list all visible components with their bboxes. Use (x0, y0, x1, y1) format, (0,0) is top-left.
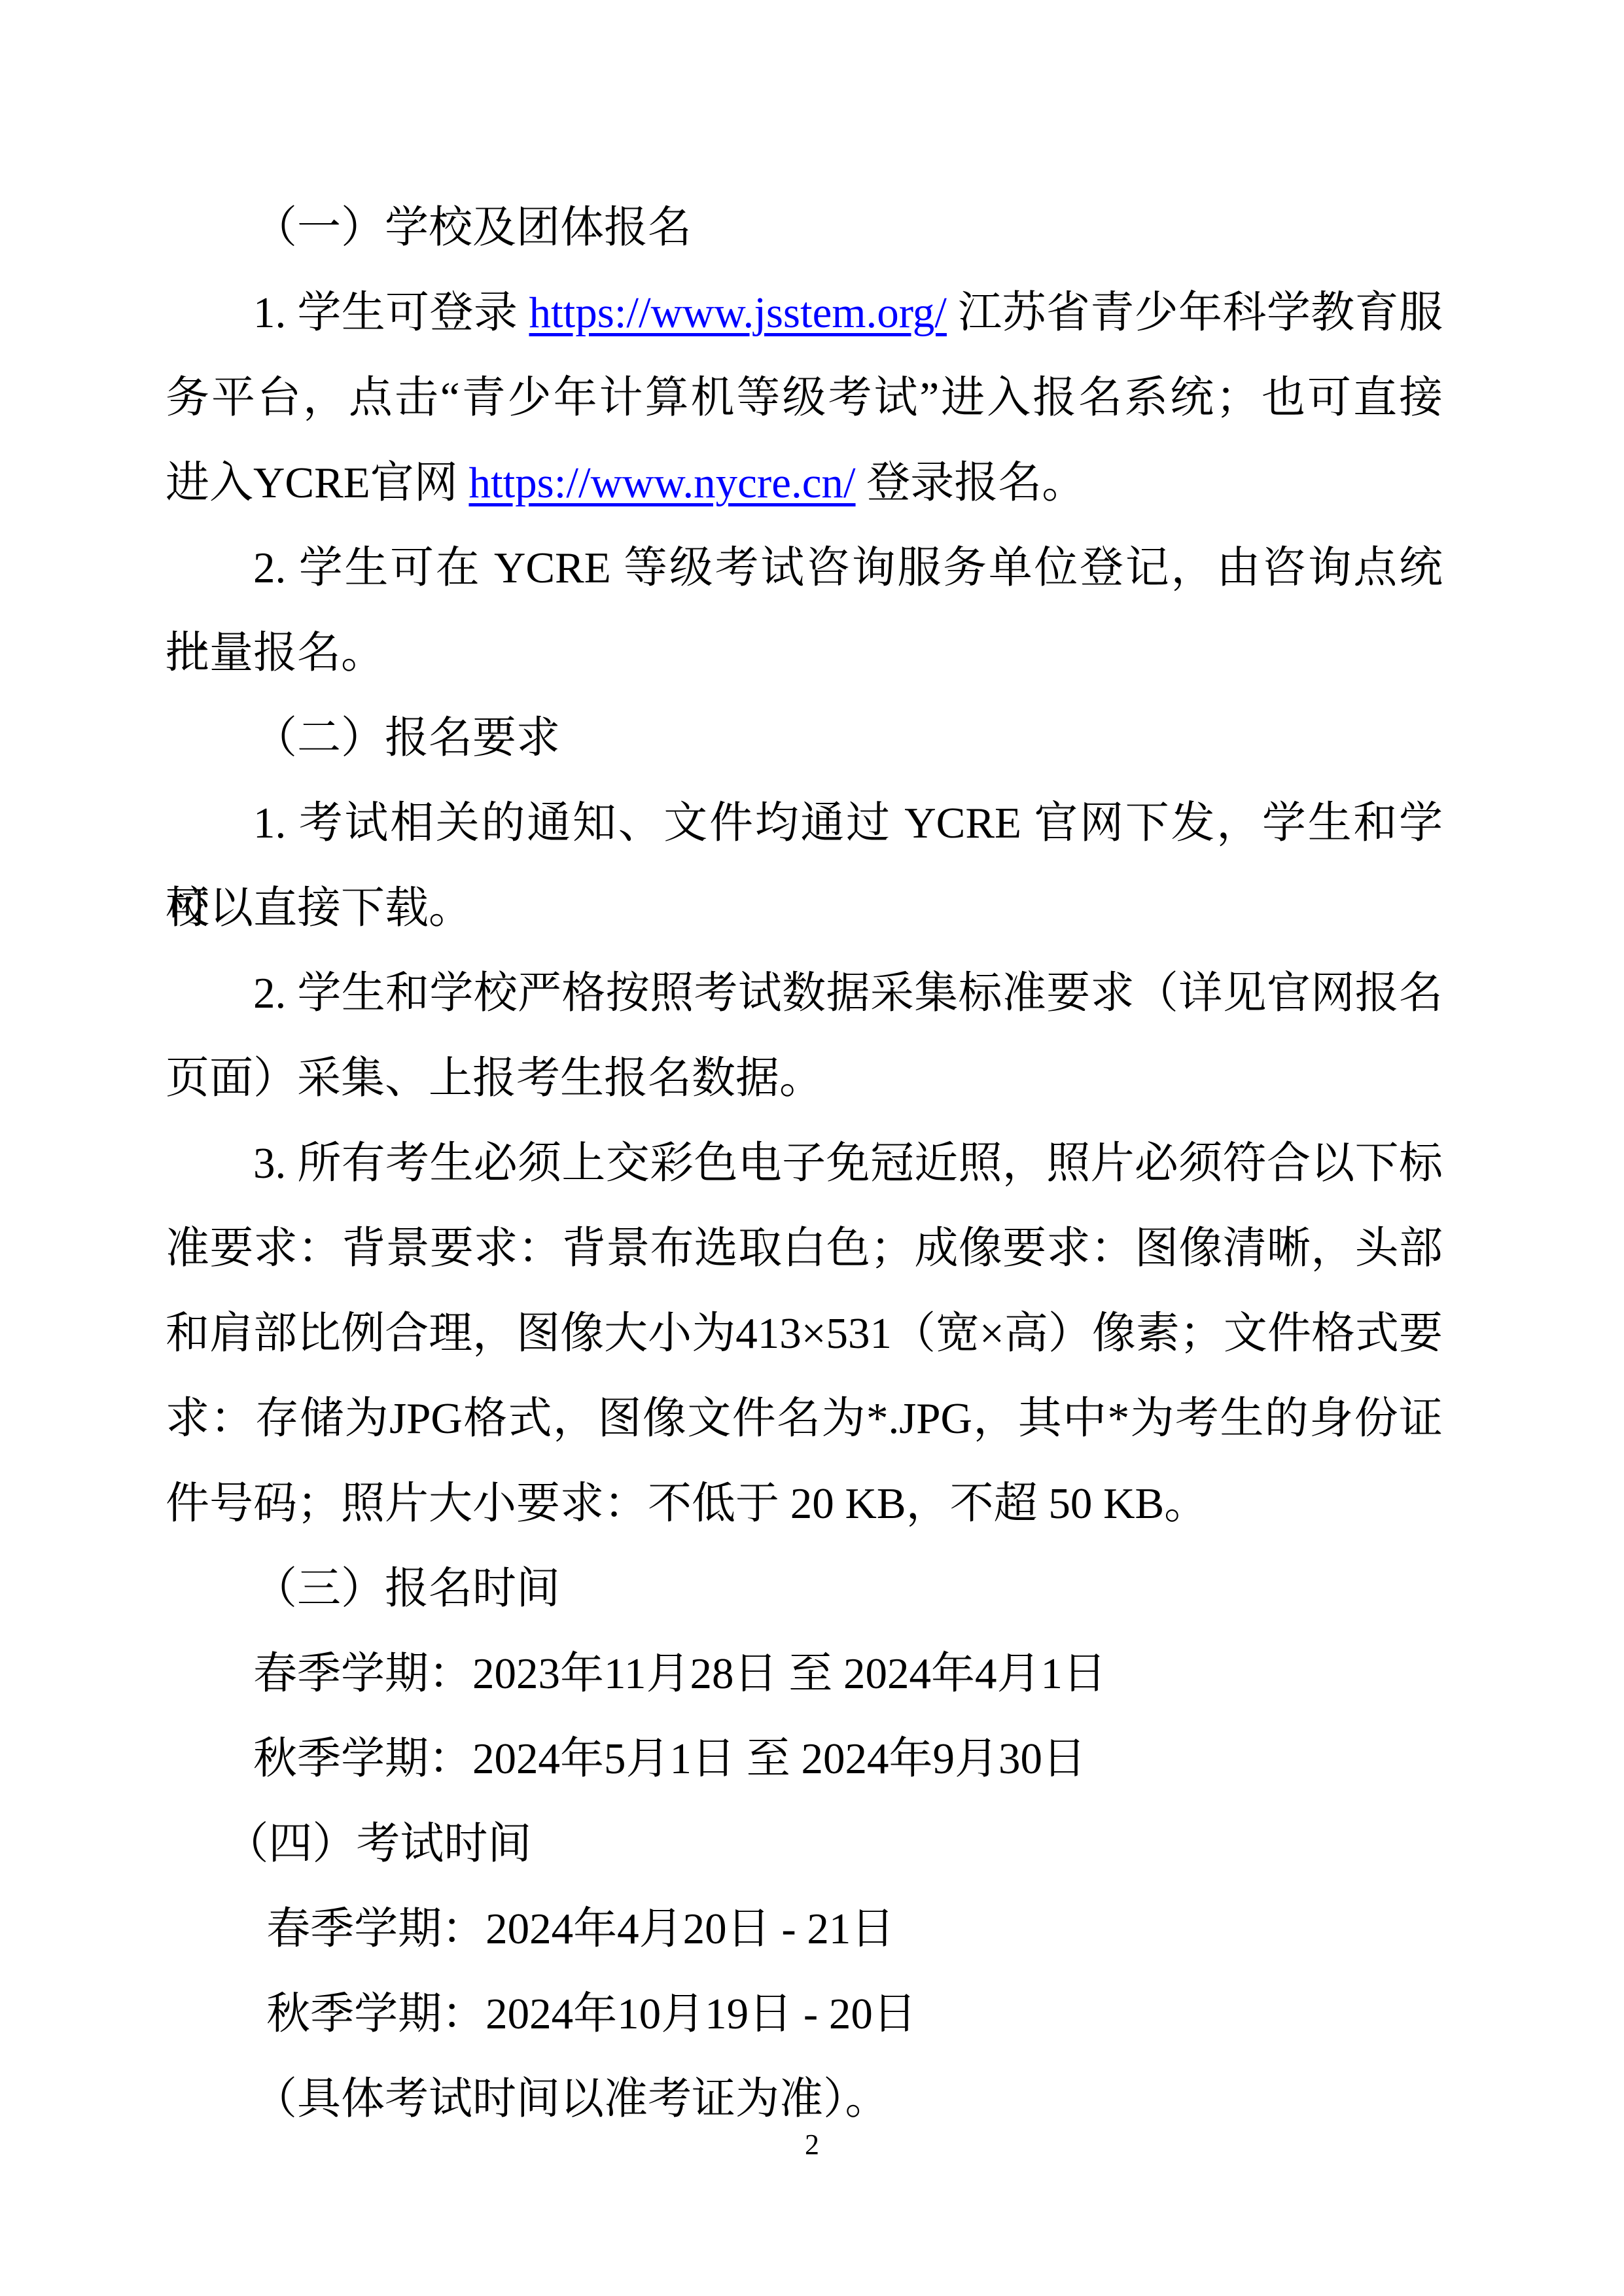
text-line: 件号码；照片大小要求：不低于 20 KB，不超 50 KB。 (166, 1461, 1443, 1546)
text-line: 春季学期：2023年11月28日 至 2024年4月1日 (166, 1631, 1443, 1716)
document-body: （一）学校及团体报名1. 学生可登录 https://www.jsstem.or… (166, 185, 1443, 2142)
text-run: 可以直接下载。 (166, 884, 472, 932)
text-run: （一）学校及团体报名 (253, 203, 692, 252)
text-line: 求：存储为JPG格式，图像文件名为*.JPG，其中*为考生的身份证 (166, 1376, 1443, 1461)
text-line: 2. 学生和学校严格按照考试数据采集标准要求（详见官网报名 (166, 951, 1443, 1036)
text-run: 件号码；照片大小要求：不低于 20 KB，不超 50 KB。 (166, 1479, 1208, 1528)
document-page: { "page": { "number": "2" }, "colors": {… (0, 0, 1624, 2296)
text-run: 批量报名。 (166, 629, 385, 677)
text-run: 秋季学期：2024年5月1日 至 2024年9月30日 (253, 1735, 1086, 1783)
text-line: 页面）采集、上报考生报名数据。 (166, 1036, 1443, 1121)
link-jsstem-url[interactable]: https://www.jsstem.org/ (529, 289, 947, 337)
text-line: 务平台，点击“青少年计算机等级考试”进入报名系统；也可直接 (166, 355, 1443, 440)
text-line: 2. 学生可在 YCRE 等级考试咨询服务单位登记，由咨询点统一 (166, 525, 1443, 610)
text-line: 进入YCRE官网 https://www.nycre.cn/ 登录报名。 (166, 440, 1443, 525)
text-run: 春季学期：2023年11月28日 至 2024年4月1日 (253, 1650, 1106, 1698)
text-run: 春季学期：2024年4月20日 - 21日 (266, 1905, 894, 1953)
text-run: 登录报名。 (856, 459, 1086, 507)
text-line: 批量报名。 (166, 610, 1443, 696)
text-run: 秋季学期：2024年10月19日 - 20日 (266, 1990, 917, 2038)
text-run: 准要求：背景要求：背景布选取白色；成像要求：图像清晰，头部 (166, 1224, 1443, 1273)
text-line: 1. 考试相关的通知、文件均通过 YCRE 官网下发，学生和学校 (166, 781, 1443, 866)
text-run: 页面）采集、上报考生报名数据。 (166, 1054, 823, 1103)
text-run: （三）报名时间 (253, 1564, 560, 1613)
text-line: （三）报名时间 (166, 1546, 1443, 1631)
text-line: 准要求：背景要求：背景布选取白色；成像要求：图像清晰，头部 (166, 1206, 1443, 1291)
text-run: 和肩部比例合理，图像大小为413×531（宽×高）像素；文件格式要 (166, 1309, 1443, 1358)
text-line: 秋季学期：2024年10月19日 - 20日 (166, 1971, 1443, 2057)
text-run: 进入YCRE官网 (166, 459, 468, 507)
text-line: 3. 所有考生必须上交彩色电子免冠近照，照片必须符合以下标 (166, 1121, 1443, 1206)
text-line: （一）学校及团体报名 (166, 185, 1443, 270)
text-line: 可以直接下载。 (166, 866, 1443, 951)
text-line: （四）考试时间 (166, 1801, 1443, 1886)
text-line: 和肩部比例合理，图像大小为413×531（宽×高）像素；文件格式要 (166, 1291, 1443, 1376)
text-run: 2. 学生和学校严格按照考试数据采集标准要求（详见官网报名 (253, 969, 1443, 1017)
text-run: 务平台，点击“青少年计算机等级考试”进入报名系统；也可直接 (166, 374, 1443, 422)
text-line: 春季学期：2024年4月20日 - 21日 (166, 1886, 1443, 1971)
text-run: 求：存储为JPG格式，图像文件名为*.JPG，其中*为考生的身份证 (166, 1394, 1443, 1443)
text-line: （二）报名要求 (166, 696, 1443, 781)
text-run: 3. 所有考生必须上交彩色电子免冠近照，照片必须符合以下标 (253, 1139, 1443, 1188)
page-sheet: （一）学校及团体报名1. 学生可登录 https://www.jsstem.or… (0, 0, 1624, 2296)
text-line: 秋季学期：2024年5月1日 至 2024年9月30日 (166, 1716, 1443, 1801)
text-line: 1. 学生可登录 https://www.jsstem.org/ 江苏省青少年科… (166, 270, 1443, 355)
page-number: 2 (0, 2115, 1624, 2174)
text-run: 江苏省青少年科学教育服 (947, 289, 1443, 337)
link-nycre-url[interactable]: https://www.nycre.cn/ (468, 459, 855, 507)
text-run: 1. 学生可登录 (253, 289, 529, 337)
text-run: （四）考试时间 (224, 1820, 531, 1868)
text-run: （二）报名要求 (253, 714, 560, 762)
